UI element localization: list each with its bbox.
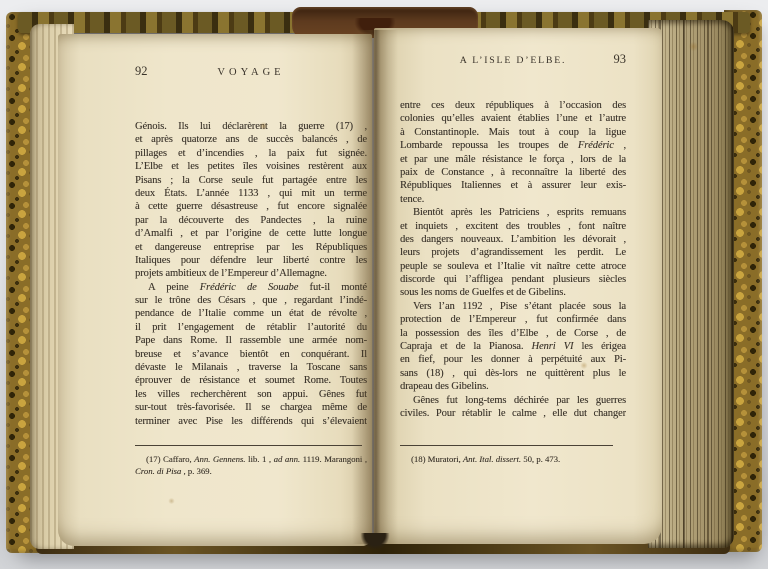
text-line: (17) Caffaro, Ann. Gennens. lib. 1 , ad …	[135, 453, 367, 465]
text-line: protection de l’Empereur , fut confirmée…	[400, 313, 626, 326]
right-footnote: (18) Muratori, Ant. Ital. dissert. 50, p…	[400, 453, 626, 465]
right-page-number: 93	[584, 52, 626, 67]
text-line: il prit l’engagement de rétablir l’autor…	[135, 321, 367, 334]
left-page: 92 VOYAGE Génois. Ils lui déclarèrent la…	[58, 34, 372, 546]
text-line: sans (18) , qui dès-lors ne quittèrent p…	[400, 367, 626, 380]
left-footnote: (17) Caffaro, Ann. Gennens. lib. 1 , ad …	[135, 453, 367, 477]
text-line: Italiques pour défendre leur liberté con…	[135, 254, 367, 267]
text-line: éprouver de résistance et soumet Rome. T…	[135, 374, 367, 387]
text-line: Bientôt après les Patriciens , esprits r…	[400, 206, 626, 219]
text-line: à cette guerre désastreuse , fut encore …	[135, 200, 367, 213]
text-line: Pisans ; la Corse seule fut partagée ent…	[135, 174, 367, 187]
text-line: Vers l’an 1192 , Pise s’étant placée sou…	[400, 300, 626, 313]
running-title-left: VOYAGE	[177, 67, 325, 78]
right-footnote-rule	[400, 445, 613, 446]
left-page-text-block: 92 VOYAGE Génois. Ils lui déclarèrent la…	[135, 64, 367, 494]
left-page-header: 92 VOYAGE	[135, 64, 367, 79]
text-line: des dangers nouveaux. L’ambition les dév…	[400, 233, 626, 246]
text-line: leurs projets d’agrandissement les perdi…	[400, 246, 626, 259]
text-line: peuple se souleva et l’Italie vit naître…	[400, 260, 626, 273]
text-line: drapeau des Gibelins.	[400, 380, 626, 393]
text-line: sous les noms de Guelfes et de Gibelins.	[400, 286, 626, 299]
left-page-body: Génois. Ils lui déclarèrent la guerre (1…	[135, 120, 367, 428]
text-line: paix de Constance , à reconnaître la lib…	[400, 166, 626, 179]
text-line: et inquiets , excitent des troubles , fo…	[400, 220, 626, 233]
text-line: pendance de l’Italie comme un état de ré…	[135, 307, 367, 320]
text-line: tence.	[400, 193, 626, 206]
text-line: projets ambitieux de l’Empereur d’Allema…	[135, 267, 367, 280]
text-line: à Constantinople. Mais tout à coup la li…	[400, 126, 626, 139]
text-line: Républiques Italiennes et à assurer leur…	[400, 179, 626, 192]
text-line: en fief, pour les donner à perpétuité au…	[400, 353, 626, 366]
text-line: terminer avec Pise les différends qui s’…	[135, 415, 367, 428]
text-line: et par une mâle résistance le força , lo…	[400, 153, 626, 166]
text-line: pillages et d’incendies , la paix fut si…	[135, 147, 367, 160]
text-line: colonies qu’elles avaient établies l’une…	[400, 112, 626, 125]
text-line: discorde qui l’affligea pendant plusieur…	[400, 273, 626, 286]
photo-background: 92 VOYAGE Génois. Ils lui déclarèrent la…	[0, 0, 768, 569]
text-line: breuse et s’avance bientôt en conquérant…	[135, 348, 367, 361]
text-line: et dangereuse entreprise par les Républi…	[135, 241, 367, 254]
text-line: civiles. Pour rétablir le calme , elle d…	[400, 407, 626, 420]
running-title-right: A L’ISLE D’ELBE.	[442, 55, 584, 66]
text-line: deux États. L’année 1133 , qui mit un te…	[135, 187, 367, 200]
right-page: A L’ISLE D’ELBE. 93 entre ces deux répub…	[374, 28, 662, 544]
text-line: entre ces deux républiques à l’occasion …	[400, 99, 626, 112]
text-line: par la découverte des Pandectes , la rui…	[135, 214, 367, 227]
text-line: sur le trône des Césars , que , regardan…	[135, 294, 367, 307]
left-page-number: 92	[135, 64, 177, 79]
right-page-body: entre ces deux républiques à l’occasion …	[400, 99, 626, 420]
text-line: la possession des îles d’Elbe , de Corse…	[400, 327, 626, 340]
text-line: Génois. Ils lui déclarèrent la guerre (1…	[135, 120, 367, 133]
text-line: Pape dans Rome. Il rassemble une armée n…	[135, 334, 367, 347]
text-line: d’Amalfi , et par l’origine de cette lut…	[135, 227, 367, 240]
right-page-text-block: A L’ISLE D’ELBE. 93 entre ces deux répub…	[400, 52, 626, 482]
text-line: sur-tout très-favorisée. Il se chargea m…	[135, 401, 367, 414]
text-line: Capraja et de la Pianosa. Henri VI les é…	[400, 340, 626, 353]
text-line: Gênes fut long-tems déchirée par les gue…	[400, 394, 626, 407]
text-line: dévaste le Milanais , traverse la Toscan…	[135, 361, 367, 374]
text-line: (18) Muratori, Ant. Ital. dissert. 50, p…	[400, 453, 626, 465]
text-line: A peine Frédéric de Souabe fut-il monté	[135, 281, 367, 294]
left-footnote-rule	[135, 445, 362, 446]
text-line: les villes recherchèrent son appui. Gêne…	[135, 388, 367, 401]
text-line: et après quatorze ans de succès balancés…	[135, 133, 367, 146]
text-line: Cron. di Pisa , p. 369.	[135, 465, 367, 477]
text-line: L’Elbe et les petites îles voisines rest…	[135, 160, 367, 173]
text-line: Lombarde repoussa les troupes de Frédéri…	[400, 139, 626, 152]
right-page-header: A L’ISLE D’ELBE. 93	[400, 52, 626, 67]
